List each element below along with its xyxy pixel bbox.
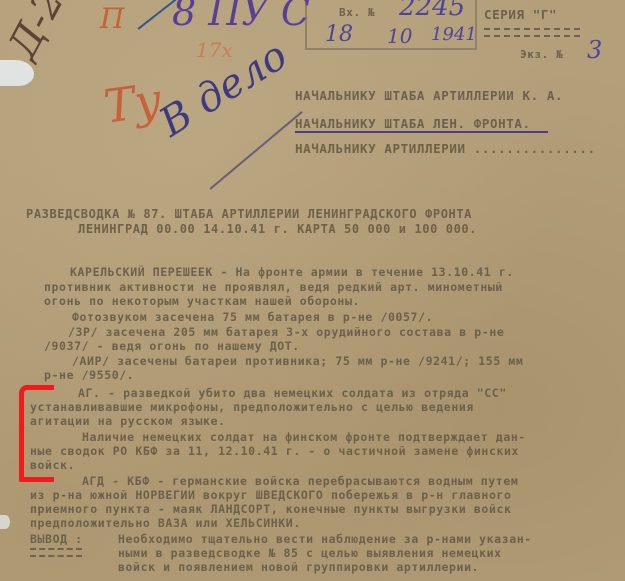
series-label: СЕРИЯ "Г" xyxy=(484,7,557,22)
body-line: приемного пункта - маяк ЛАНДСОРТ, конечн… xyxy=(30,502,512,516)
scanned-document: Вх. № 2245 18 10 1941 СЕРИЯ "Г" Экз. № 3… xyxy=(0,0,625,581)
red-signature: Ту xyxy=(101,72,165,133)
addressee-underline xyxy=(295,131,548,133)
pen-stroke xyxy=(138,0,177,29)
handwritten-resolution: 8 ПУ С xyxy=(172,0,310,34)
stamp-number: 2245 xyxy=(399,0,465,22)
body-line: /9037/ - ведя огонь по нашему ДОТ. xyxy=(44,339,300,353)
diagonal-stroke xyxy=(210,111,303,189)
body-line: огонь по некоторым участкам нашей оборон… xyxy=(44,294,360,308)
body-line: агитации на русском языке. xyxy=(30,414,226,428)
addressee-1: НАЧАЛЬНИКУ ШТАБА АРТИЛЛЕРИИ К. А. xyxy=(295,88,563,103)
stamp-year: 1941 xyxy=(431,24,477,45)
body-line: устанавливавшие микрофоны, предположител… xyxy=(30,400,474,414)
document-subtitle: ЛЕНИНГРАД 00.00 14.10.41 г. КАРТА 50 000… xyxy=(78,222,477,236)
body-line: АГД - КБФ - германские войска перебрасыв… xyxy=(82,474,518,488)
body-line: ные сводок РО КБФ за 11, 12.10.41 г. - о… xyxy=(30,444,519,458)
body-line: Наличие немецких солдат на финском фронт… xyxy=(82,430,526,444)
incoming-stamp: Вх. № 2245 18 10 1941 xyxy=(305,0,477,50)
addressee-2: НАЧАЛЬНИКУ ШТАБА ЛЕН. ФРОНТА. xyxy=(295,116,531,131)
conclusion-line: ными в разведсводке № 85 с целью выявлен… xyxy=(118,546,502,560)
copy-number: 3 xyxy=(587,36,602,64)
handwritten-note-red: П xyxy=(100,2,124,35)
stamp-label: Вх. № xyxy=(339,6,375,19)
stamp-month: 10 xyxy=(387,24,412,48)
body-line: КАРЕЛЬСКИЙ ПЕРЕШЕЕК - На фронте армии в … xyxy=(70,265,514,279)
addressee-3: НАЧАЛЬНИКУ АРТИЛЛЕРИИ ............... xyxy=(295,141,596,156)
conclusion-underline xyxy=(30,548,82,557)
document-title: РАЗВЕДСВОДКА № 87. ШТАБА АРТИЛЛЕРИИ ЛЕНИ… xyxy=(26,207,472,221)
body-line: Фотозвуком засечена 75 мм батарея в р-не… xyxy=(72,310,433,324)
body-line: р-не /9550/. xyxy=(44,368,134,382)
body-line: из р-на южной НОРВЕГИИ вокруг ШВЕДСКОГО … xyxy=(30,488,512,502)
conclusion-line: Необходимо тщательно вести наблюдение за… xyxy=(118,532,532,546)
paper-tear xyxy=(0,60,34,86)
red-highlight-bracket xyxy=(19,385,54,482)
stamp-day: 18 xyxy=(325,22,353,47)
conclusion-line: войск и появлением новой группировки арт… xyxy=(118,560,479,574)
paper-tear xyxy=(0,515,10,529)
handwritten-note: Д-20 xyxy=(0,0,86,66)
body-line: противник активности не проявлял, ведя р… xyxy=(44,280,503,294)
body-line: /АИР/ засечены батареи противника; 75 мм… xyxy=(72,354,523,368)
series-underline xyxy=(484,28,580,37)
body-line: /ЗР/ засечена 205 мм батарея 3-х орудийн… xyxy=(68,325,504,339)
copy-label: Экз. № xyxy=(520,48,563,61)
conclusion-label: ВЫВОД : xyxy=(30,532,83,546)
body-line: АГ. - разведкой убито два немецких солда… xyxy=(78,386,507,400)
body-line: предположительно ВАЗА или ХЕЛЬСИНКИ. xyxy=(30,516,301,530)
